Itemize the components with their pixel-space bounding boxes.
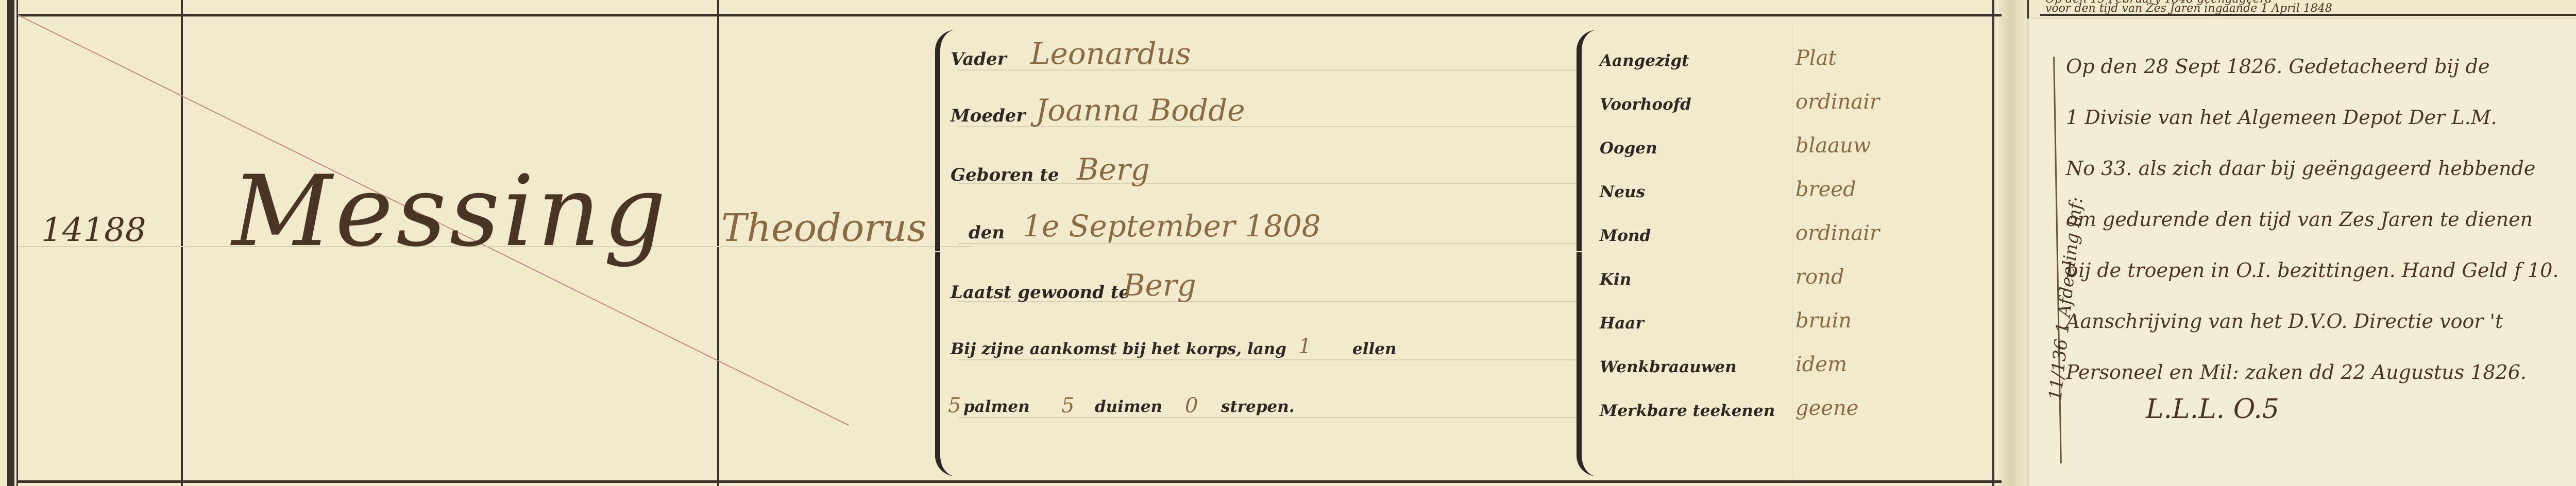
description-row: Mond ordinair <box>1600 221 1991 265</box>
description-row: Kin rond <box>1600 265 1991 309</box>
description-label: Haar <box>1600 314 1644 333</box>
left-outer-border <box>7 0 14 486</box>
prev-service-note-2: voor den tijd van Zes Jaren ingaande 1 A… <box>2045 2 2332 15</box>
description-label: Wenkbraauwen <box>1600 358 1737 376</box>
description-list: Aangezigt Plat Voorhoofd ordinair Oogen … <box>1600 46 1991 440</box>
ellen-label: ellen <box>1352 340 1397 358</box>
description-label: Kin <box>1600 270 1631 289</box>
slip-line: Personeel en Mil: zaken dd 22 Augustus 1… <box>2066 347 2576 398</box>
description-row: Aangezigt Plat <box>1600 46 1991 90</box>
slip-line: bij de troepen in O.I. bezittingen. Hand… <box>2066 245 2576 296</box>
slip-line: Aanschrijving van het D.V.O. Directie vo… <box>2066 296 2576 347</box>
lengte-label: Bij zijne aankomst bij het korps, lang <box>951 340 1286 358</box>
description-label: Mond <box>1600 227 1651 245</box>
description-value: Plat <box>1795 46 1837 70</box>
description-value: idem <box>1795 353 1847 376</box>
vader-value: Leonardus <box>1030 36 1191 71</box>
description-row: Haar bruin <box>1600 309 1991 353</box>
description-row: Merkbare teekenen geene <box>1600 396 1991 440</box>
description-row: Wenkbraauwen idem <box>1600 353 1991 396</box>
description-label: Neus <box>1600 183 1645 201</box>
strepen-label: strepen. <box>1221 397 1295 416</box>
rule-lengte <box>958 359 1582 360</box>
vader-label: Vader <box>951 49 1007 70</box>
description-value: rond <box>1795 265 1844 289</box>
slip-text: Op den 28 Sept 1826. Gedetacheerd bij de… <box>2066 41 2576 398</box>
den-label: den <box>969 222 1005 243</box>
palmen-label: palmen <box>963 397 1030 416</box>
description-brace-bottom <box>1577 252 1597 476</box>
description-label: Oogen <box>1600 139 1657 158</box>
entry-number: 14188 <box>41 211 146 249</box>
description-label: Aangezigt <box>1600 51 1689 70</box>
book-gutter <box>1999 0 2030 486</box>
strepen-value: 0 <box>1185 394 1198 418</box>
row-bottom-rule-left <box>18 480 2002 483</box>
col-divider-surname <box>717 0 719 486</box>
description-row: Neus breed <box>1600 178 1991 221</box>
description-value: geene <box>1795 396 1858 420</box>
description-value: ordinair <box>1795 221 1879 245</box>
rule-palmen <box>958 417 1582 418</box>
geboren-label: Geboren te <box>951 165 1059 185</box>
den-value: 1e September 1808 <box>1023 209 1321 244</box>
ellen-value: 1 <box>1298 335 1311 358</box>
moeder-label: Moeder <box>951 106 1025 126</box>
description-brace-top <box>1577 30 1597 251</box>
slip-line: om gedurende den tijd van Zes Jaren te d… <box>2066 194 2576 245</box>
laatst-value: Berg <box>1123 268 1196 303</box>
entry-given-name: Theodorus <box>721 206 926 250</box>
description-row: Oogen blaauw <box>1600 134 1991 178</box>
slip-line: No 33. als zich daar bij geëngageerd heb… <box>2066 143 2576 194</box>
description-label: Merkbare teekenen <box>1600 402 1775 420</box>
left-inner-border <box>16 0 18 486</box>
description-value: ordinair <box>1795 90 1879 114</box>
left-page-edge-rule <box>1992 0 1994 486</box>
slip-line: 1 Divisie van het Algemeen Depot Der L.M… <box>2066 92 2576 143</box>
moeder-value: Joanna Bodde <box>1036 93 1245 128</box>
laatst-label: Laatst gewoond te <box>951 282 1130 303</box>
palmen-value: 5 <box>948 394 961 418</box>
description-value: bruin <box>1795 309 1852 333</box>
duimen-value: 5 <box>1061 394 1074 418</box>
description-value: breed <box>1795 178 1856 201</box>
duimen-label: duimen <box>1095 397 1162 416</box>
geboren-value: Berg <box>1077 152 1150 187</box>
col-divider-number <box>181 0 183 486</box>
slip-line: Op den 28 Sept 1826. Gedetacheerd bij de <box>2066 41 2576 92</box>
slip-signature: L.L.L. O.5 <box>2146 394 2279 425</box>
description-value: blaauw <box>1795 134 1871 158</box>
description-label: Voorhoofd <box>1600 95 1691 114</box>
row-top-rule-left <box>18 14 2002 16</box>
description-row: Voorhoofd ordinair <box>1600 90 1991 134</box>
entry-surname: Messing <box>232 154 669 268</box>
